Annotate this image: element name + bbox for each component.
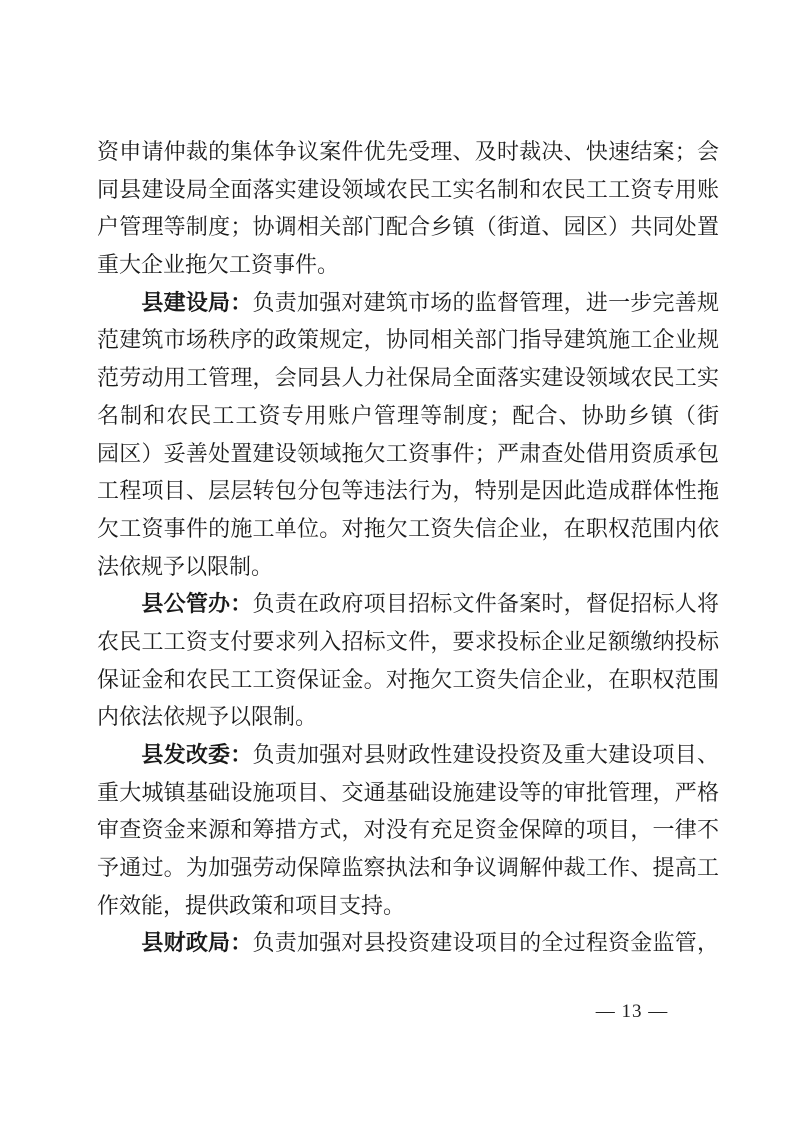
text-line: 农民工工资支付要求列入招标文件，要求投标企业足额缴纳投标 [97,623,719,661]
text-line: 户管理等制度；协调相关部门配合乡镇（街道、园区）共同处置 [97,208,719,246]
text-line: 审查资金来源和筹措方式，对没有充足资金保障的项目，一律不 [97,811,719,849]
text-line: 资申请仲裁的集体争议案件优先受理、及时裁决、快速结案；会 [97,133,719,171]
text-line: 欠工资事件的施工单位。对拖欠工资失信企业，在职权范围内依 [97,510,719,548]
document-body: 资申请仲裁的集体争议案件优先受理、及时裁决、快速结案；会同县建设局全面落实建设领… [97,133,719,962]
text-line: 范劳动用工管理，会同县人力社保局全面落实建设领域农民工实 [97,359,719,397]
text-line: 范建筑市场秩序的政策规定，协同相关部门指导建筑施工企业规 [97,321,719,359]
text-line: 保证金和农民工工资保证金。对拖欠工资失信企业，在职权范围 [97,661,719,699]
text-line: 内依法依规予以限制。 [97,698,719,736]
department-label: 县发改委： [141,742,252,767]
text-line: 重大企业拖欠工资事件。 [97,246,719,284]
text-line: 名制和农民工工资专用账户管理等制度；配合、协助乡镇（街道、 [97,397,719,435]
department-label: 县财政局： [141,930,252,955]
paragraph: 县发改委：负责加强对县财政性建设投资及重大建设项目、重大城镇基础设施项目、交通基… [97,736,719,924]
text-line: 同县建设局全面落实建设领域农民工实名制和农民工工资专用账 [97,171,719,209]
page-number: — 13 — [562,999,702,1025]
text-line: 县建设局：负责加强对建筑市场的监督管理，进一步完善规 [97,284,719,322]
text-line: 重大城镇基础设施项目、交通基础设施建设等的审批管理，严格 [97,774,719,812]
paragraph: 县建设局：负责加强对建筑市场的监督管理，进一步完善规范建筑市场秩序的政策规定，协… [97,284,719,586]
paragraph: 县财政局：负责加强对县投资建设项目的全过程资金监管， [97,924,719,962]
text-line: 县公管办：负责在政府项目招标文件备案时，督促招标人将 [97,585,719,623]
text-line: 县财政局：负责加强对县投资建设项目的全过程资金监管， [97,924,719,962]
text-line: 工程项目、层层转包分包等违法行为，特别是因此造成群体性拖 [97,472,719,510]
paragraph: 县公管办：负责在政府项目招标文件备案时，督促招标人将农民工工资支付要求列入招标文… [97,585,719,736]
department-label: 县公管办： [141,591,252,616]
department-label: 县建设局： [141,290,252,315]
document-page: 资申请仲裁的集体争议案件优先受理、及时裁决、快速结案；会同县建设局全面落实建设领… [0,0,794,1123]
paragraph: 资申请仲裁的集体争议案件优先受理、及时裁决、快速结案；会同县建设局全面落实建设领… [97,133,719,284]
text-line: 法依规予以限制。 [97,548,719,586]
text-line: 园区）妥善处置建设领域拖欠工资事件；严肃查处借用资质承包 [97,435,719,473]
text-line: 县发改委：负责加强对县财政性建设投资及重大建设项目、 [97,736,719,774]
text-line: 作效能，提供政策和项目支持。 [97,887,719,925]
text-line: 予通过。为加强劳动保障监察执法和争议调解仲裁工作、提高工 [97,849,719,887]
